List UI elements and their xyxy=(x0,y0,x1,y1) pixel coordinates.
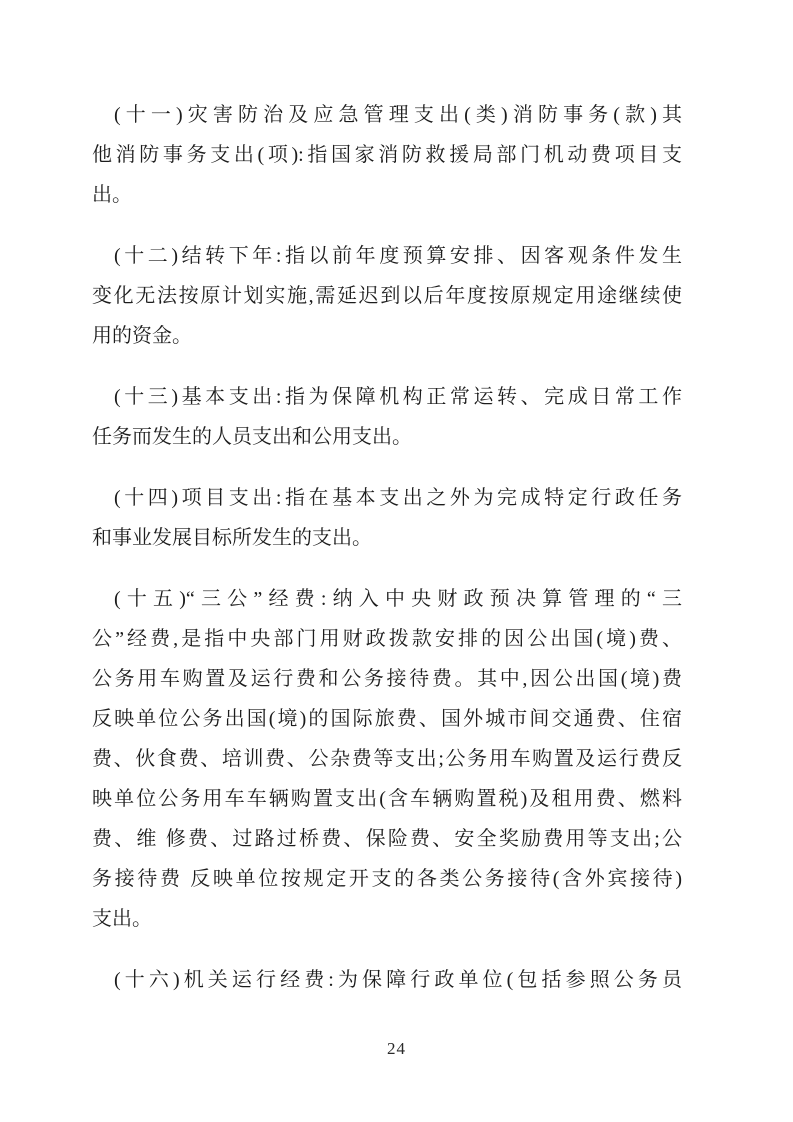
text-line: 支出。 xyxy=(92,899,682,939)
text-line: 和事业发展目标所发生的支出。 xyxy=(92,518,682,558)
text-line: 公”经费,是指中央部门用财政拨款安排的因公出国(境)费、 xyxy=(92,619,682,659)
text-line: 他消防事务支出(项):指国家消防救援局部门机动费项目支 xyxy=(92,135,682,175)
text-line: 反映单位公务出国(境)的国际旅费、国外城市间交通费、住宿 xyxy=(92,699,682,739)
paragraph-item-12: (十二)结转下年:指以前年度预算安排、因客观条件发生变化无法按原计划实施,需延迟… xyxy=(92,236,682,356)
text-line: 用的资金。 xyxy=(92,316,682,356)
text-line: (十二)结转下年:指以前年度预算安排、因客观条件发生 xyxy=(92,236,682,276)
text-line: 费、维 修费、过路过桥费、保险费、安全奖励费用等支出;公 xyxy=(92,819,682,859)
paragraph-item-11: (十一)灾害防治及应急管理支出(类)消防事务(款)其他消防事务支出(项):指国家… xyxy=(92,95,682,215)
text-line: 映单位公务用车车辆购置支出(含车辆购置税)及租用费、燃料 xyxy=(92,779,682,819)
page-number: 24 xyxy=(0,1039,793,1059)
paragraph-item-15: (十五)“三公”经费:纳入中央财政预决算管理的“三公”经费,是指中央部门用财政拨… xyxy=(92,579,682,939)
text-line: 费、伙食费、培训费、公杂费等支出;公务用车购置及运行费反 xyxy=(92,739,682,779)
paragraph-item-14: (十四)项目支出:指在基本支出之外为完成特定行政任务和事业发展目标所发生的支出。 xyxy=(92,478,682,558)
text-line: (十四)项目支出:指在基本支出之外为完成特定行政任务 xyxy=(92,478,682,518)
paragraph-item-16: (十六)机关运行经费:为保障行政单位(包括参照公务员 xyxy=(92,960,682,1000)
text-line: (十一)灾害防治及应急管理支出(类)消防事务(款)其 xyxy=(92,95,682,135)
text-line: (十六)机关运行经费:为保障行政单位(包括参照公务员 xyxy=(92,960,682,1000)
text-line: 务接待费 反映单位按规定开支的各类公务接待(含外宾接待) xyxy=(92,859,682,899)
document-body: (十一)灾害防治及应急管理支出(类)消防事务(款)其他消防事务支出(项):指国家… xyxy=(92,95,682,1021)
document-page: (十一)灾害防治及应急管理支出(类)消防事务(款)其他消防事务支出(项):指国家… xyxy=(0,0,793,1122)
text-line: 变化无法按原计划实施,需延迟到以后年度按原规定用途继续使 xyxy=(92,276,682,316)
text-line: (十三)基本支出:指为保障机构正常运转、完成日常工作 xyxy=(92,377,682,417)
paragraph-item-13: (十三)基本支出:指为保障机构正常运转、完成日常工作任务而发生的人员支出和公用支… xyxy=(92,377,682,457)
text-line: 任务而发生的人员支出和公用支出。 xyxy=(92,417,682,457)
text-line: 出。 xyxy=(92,175,682,215)
text-line: 公务用车购置及运行费和公务接待费。其中,因公出国(境)费 xyxy=(92,659,682,699)
text-line: (十五)“三公”经费:纳入中央财政预决算管理的“三 xyxy=(92,579,682,619)
